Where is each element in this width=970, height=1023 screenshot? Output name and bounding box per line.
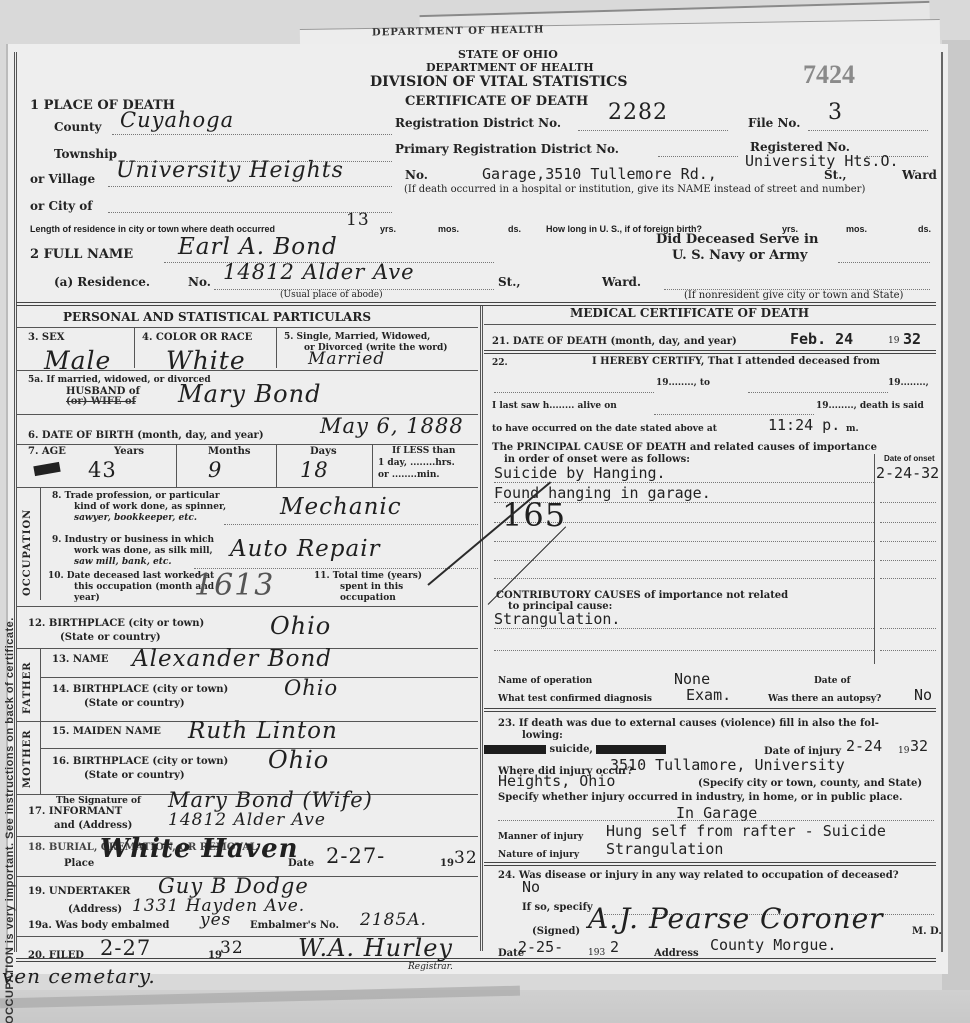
injury-location-value-line1: 3510 Tullamore, University [610, 756, 845, 774]
medical-section-title: MEDICAL CERTIFICATE OF DEATH [570, 306, 809, 320]
place-ward-label: Ward [902, 168, 937, 182]
nonresident-note: (If nonresident give city or town and St… [684, 290, 903, 301]
certify-number: 22. [492, 358, 508, 368]
residence-ward-label: Ward. [602, 275, 641, 289]
injury-location-value-line2: Heights, Ohio [498, 772, 615, 790]
county-value: Cuyahoga [120, 108, 234, 132]
informant-address-value: 14812 Alder Ave [168, 810, 326, 830]
operation-date-label: Date of [814, 676, 851, 686]
burial-place-label: Place [64, 858, 94, 869]
file-number-value: 3 [828, 100, 843, 125]
foreign-mos-label: mos. [846, 224, 867, 234]
redacted-accident [484, 745, 546, 754]
test-label: What test confirmed diagnosis [498, 694, 652, 704]
certificate-title: CERTIFICATE OF DEATH [405, 94, 588, 109]
mother-birthplace-label: 16. BIRTHPLACE (city or town) [52, 756, 228, 767]
attended-from-year: 19........, to [656, 378, 710, 388]
external-causes-label: 23. If death was due to external causes … [498, 718, 879, 729]
street-number-label: No. [405, 168, 428, 182]
embalmer-label: Embalmer's No. [250, 920, 339, 931]
autopsy-label: Was there an autopsy? [768, 694, 881, 704]
occupation-side-label: OCCUPATION [22, 509, 33, 596]
principal-cause-1-onset: 2-24-32 [876, 464, 939, 482]
industry-value: Auto Repair [230, 536, 381, 562]
birthplace-sublabel: (State or country) [60, 632, 161, 643]
external-causes-label-cont: lowing: [522, 730, 563, 741]
state-name: STATE OF OHIO [458, 48, 558, 61]
nature-of-injury-value: Strangulation [606, 840, 723, 858]
contributory-value: Strangulation. [494, 610, 620, 628]
time-suffix: m. [846, 424, 859, 434]
injury-location-note: (Specify city or town, county, and State… [698, 778, 922, 789]
father-name-label: 13. NAME [52, 654, 108, 665]
informant-label-line2: 17. INFORMANT [28, 806, 122, 817]
manner-of-injury-value: Hung self from rafter - Suicide [606, 822, 886, 840]
burial-year-prefix: 19 [440, 858, 454, 869]
sign-year-prefix: 193 [588, 948, 605, 958]
less-than-label-line2: 1 day, ........hrs. [378, 458, 455, 468]
date-of-death-year-value: 32 [903, 330, 921, 348]
township-label: Township [54, 147, 117, 161]
redacted-homicide [596, 745, 666, 754]
father-birthplace-label: 14. BIRTHPLACE (city or town) [52, 684, 228, 695]
injury-date-value: 2-24 [846, 737, 882, 755]
industry-label-line1: 9. Industry or business in which [52, 535, 214, 545]
residence-value: 14812 Alder Ave [223, 260, 415, 284]
attended-to-year: 19........, [888, 378, 929, 388]
county-label: County [54, 120, 102, 134]
embalmed-value: yes [200, 910, 231, 930]
death-certificate: OCCUPATION is very important. See instru… [6, 44, 948, 974]
informant-label-line3: and (Address) [54, 820, 132, 831]
spouse-value: Mary Bond [178, 380, 321, 408]
informant-label-line1: The Signature of [56, 796, 141, 806]
coroner-signature: A.J. Pearse Coroner [588, 902, 884, 935]
father-name-value: Alexander Bond [132, 646, 332, 672]
filed-year-value: 32 [220, 938, 244, 958]
occupational-related-label: 24. Was disease or injury in any way rel… [498, 870, 899, 881]
undertaker-value: Guy B Dodge [158, 874, 309, 898]
last-worked-label-line3: year) [74, 593, 100, 603]
place-city-typed-value: University Hts.O. [745, 152, 899, 170]
undertaker-label: 19. UNDERTAKER [28, 886, 130, 897]
coroner-address-value: County Morgue. [710, 936, 836, 954]
undertaker-address-label: (Address) [68, 904, 122, 915]
age-label: 7. AGE [28, 446, 66, 457]
less-than-label-line3: or ........min. [378, 470, 440, 480]
age-days-label: Days [310, 446, 337, 457]
foreign-ds-label: ds. [918, 224, 931, 234]
file-number-label: File No. [748, 116, 800, 130]
autopsy-value: No [914, 686, 932, 704]
department-name: DEPARTMENT OF HEALTH [426, 61, 594, 74]
age-years-label: Years [114, 446, 144, 457]
birthplace-value: Ohio [270, 612, 331, 640]
last-worked-label-line1: 10. Date deceased last worked at [48, 571, 214, 581]
total-time-label-line1: 11. Total time (years) [314, 571, 422, 581]
principal-cause-1: Suicide by Hanging. [494, 464, 666, 482]
burial-year-value: 32 [454, 848, 478, 868]
father-birthplace-value: Ohio [284, 676, 338, 700]
certify-statement: I HEREBY CERTIFY, That I attended deceas… [592, 356, 880, 367]
test-value: Exam. [686, 686, 731, 704]
full-name-value: Earl A. Bond [178, 234, 338, 260]
village-label: or Village [30, 172, 95, 186]
principal-cause-label: The PRINCIPAL CAUSE OF DEATH and related… [492, 442, 877, 453]
primary-registration-label: Primary Registration District No. [395, 142, 619, 156]
if-so-specify-label: If so, specify [522, 902, 593, 913]
registrar-label: Registrar. [408, 962, 453, 972]
mother-birthplace-sublabel: (State or country) [84, 770, 185, 781]
left-margin-instruction: OCCUPATION is very important. See instru… [4, 617, 16, 1023]
trade-label-line3: sawyer, bookkeeper, etc. [74, 513, 197, 523]
embalmed-label: 19a. Was body embalmed [28, 920, 169, 931]
trade-label-line2: kind of work done, as spinner, [74, 502, 226, 512]
last-saw-label: I last saw h........ alive on [492, 401, 617, 411]
full-name-label: 2 FULL NAME [30, 247, 133, 262]
injury-year-value: 32 [910, 737, 928, 755]
sex-label: 3. SEX [28, 332, 65, 343]
mother-name-label: 15. MAIDEN NAME [52, 726, 161, 737]
last-worked-value: 1613 [194, 568, 274, 603]
total-time-label-line3: occupation [340, 593, 396, 603]
age-months-value: 9 [208, 458, 222, 482]
sign-date-value: 2-25- [518, 938, 563, 956]
military-label-line1: Did Deceased Serve in [656, 232, 818, 247]
age-years-value: 43 [88, 458, 117, 482]
spouse-label-wife-struck: (or) WIFE of [66, 396, 136, 407]
signed-label: (Signed) [532, 926, 580, 937]
accident-suicide-homicide: suicide, [484, 744, 666, 755]
residence-length-years: 13 [346, 210, 370, 230]
time-of-death-value: 11:24 p. [768, 416, 840, 434]
mother-side-label: MOTHER [22, 729, 33, 788]
residence-mos-label: mos. [438, 224, 459, 234]
occurred-at-label: to have occurred on the date stated abov… [492, 424, 717, 434]
age-days-value: 18 [300, 458, 329, 482]
residence-st-label: St., [498, 275, 521, 289]
mother-birthplace-value: Ohio [268, 746, 329, 774]
residence-ds-label: ds. [508, 224, 521, 234]
informant-value: Mary Bond (Wife) [168, 788, 373, 812]
total-time-label-line2: spent in this [340, 582, 403, 592]
residence-no-label: No. [188, 275, 211, 289]
contributory-label: CONTRIBUTORY CAUSES of importance not re… [496, 590, 788, 601]
residence-label: (a) Residence. [54, 275, 150, 289]
registration-district-value: 2282 [608, 100, 668, 125]
date-of-death-value: Feb. 24 [790, 330, 853, 348]
place-street-suffix-label: St., [824, 168, 847, 182]
md-label: M. D. [912, 926, 942, 937]
industry-label-line2: work was done, as silk mill, [74, 546, 213, 556]
marital-value: Married [308, 349, 385, 369]
onset-date-header: Date of onset [884, 454, 935, 463]
suicide-label: suicide, [549, 744, 592, 755]
sign-year-value: 2 [610, 938, 619, 956]
industry-label-line3: saw mill, bank, etc. [74, 557, 172, 567]
manner-of-injury-label: Manner of injury [498, 832, 583, 842]
dob-value: May 6, 1888 [320, 414, 464, 438]
embalmer-value: 2185A. [360, 910, 427, 930]
burial-date-value: 2-27- [326, 844, 385, 868]
place-street-value: Garage,3510 Tullemore Rd., [482, 165, 717, 183]
village-value: University Heights [116, 158, 344, 183]
father-birthplace-sublabel: (State or country) [84, 698, 185, 709]
registration-district-label: Registration District No. [395, 116, 561, 130]
birthplace-label: 12. BIRTHPLACE (city or town) [28, 618, 204, 629]
occupational-related-value: No [522, 878, 540, 896]
operation-label: Name of operation [498, 676, 592, 686]
stamp-number: 7424 [803, 60, 855, 90]
less-than-label-line1: If LESS than [392, 446, 455, 456]
injury-year-prefix: 19 [898, 746, 909, 756]
division-name: DIVISION OF VITAL STATISTICS [370, 74, 627, 90]
date-of-death-year-prefix: 19 [888, 336, 899, 346]
residence-yrs-label: yrs. [380, 224, 396, 234]
burial-place-value: White Haven [100, 834, 299, 864]
mother-name-value: Ruth Linton [188, 718, 338, 744]
margin-cemetery-note: ven cemetary. [2, 964, 156, 988]
trade-label-line1: 8. Trade profession, or particular [52, 491, 220, 501]
dob-label: 6. DATE OF BIRTH (month, day, and year) [28, 430, 264, 441]
burial-date-label: Date [288, 858, 314, 869]
age-months-label: Months [208, 446, 251, 457]
city-label: or City of [30, 199, 92, 213]
race-label: 4. COLOR OR RACE [142, 332, 252, 343]
residence-length-label: Length of residence in city or town wher… [30, 224, 275, 234]
usual-abode-note: (Usual place of abode) [280, 290, 383, 300]
date-of-death-label: 21. DATE OF DEATH (month, day, and year) [492, 336, 737, 347]
last-saw-year: 19........, death is said [816, 401, 924, 411]
marital-label-line1: 5. Single, Married, Widowed, [284, 332, 430, 342]
filed-value: 2-27 [100, 936, 151, 960]
trade-value: Mechanic [280, 494, 402, 520]
institution-note: (If death occurred in a hospital or inst… [404, 184, 865, 195]
nature-of-injury-label: Nature of injury [498, 850, 579, 860]
personal-section-title: PERSONAL AND STATISTICAL PARTICULARS [63, 310, 371, 324]
military-label-line2: U. S. Navy or Army [672, 248, 807, 263]
injury-place-type-label: Specify whether injury occurred in indus… [498, 792, 903, 803]
father-side-label: FATHER [22, 661, 33, 714]
